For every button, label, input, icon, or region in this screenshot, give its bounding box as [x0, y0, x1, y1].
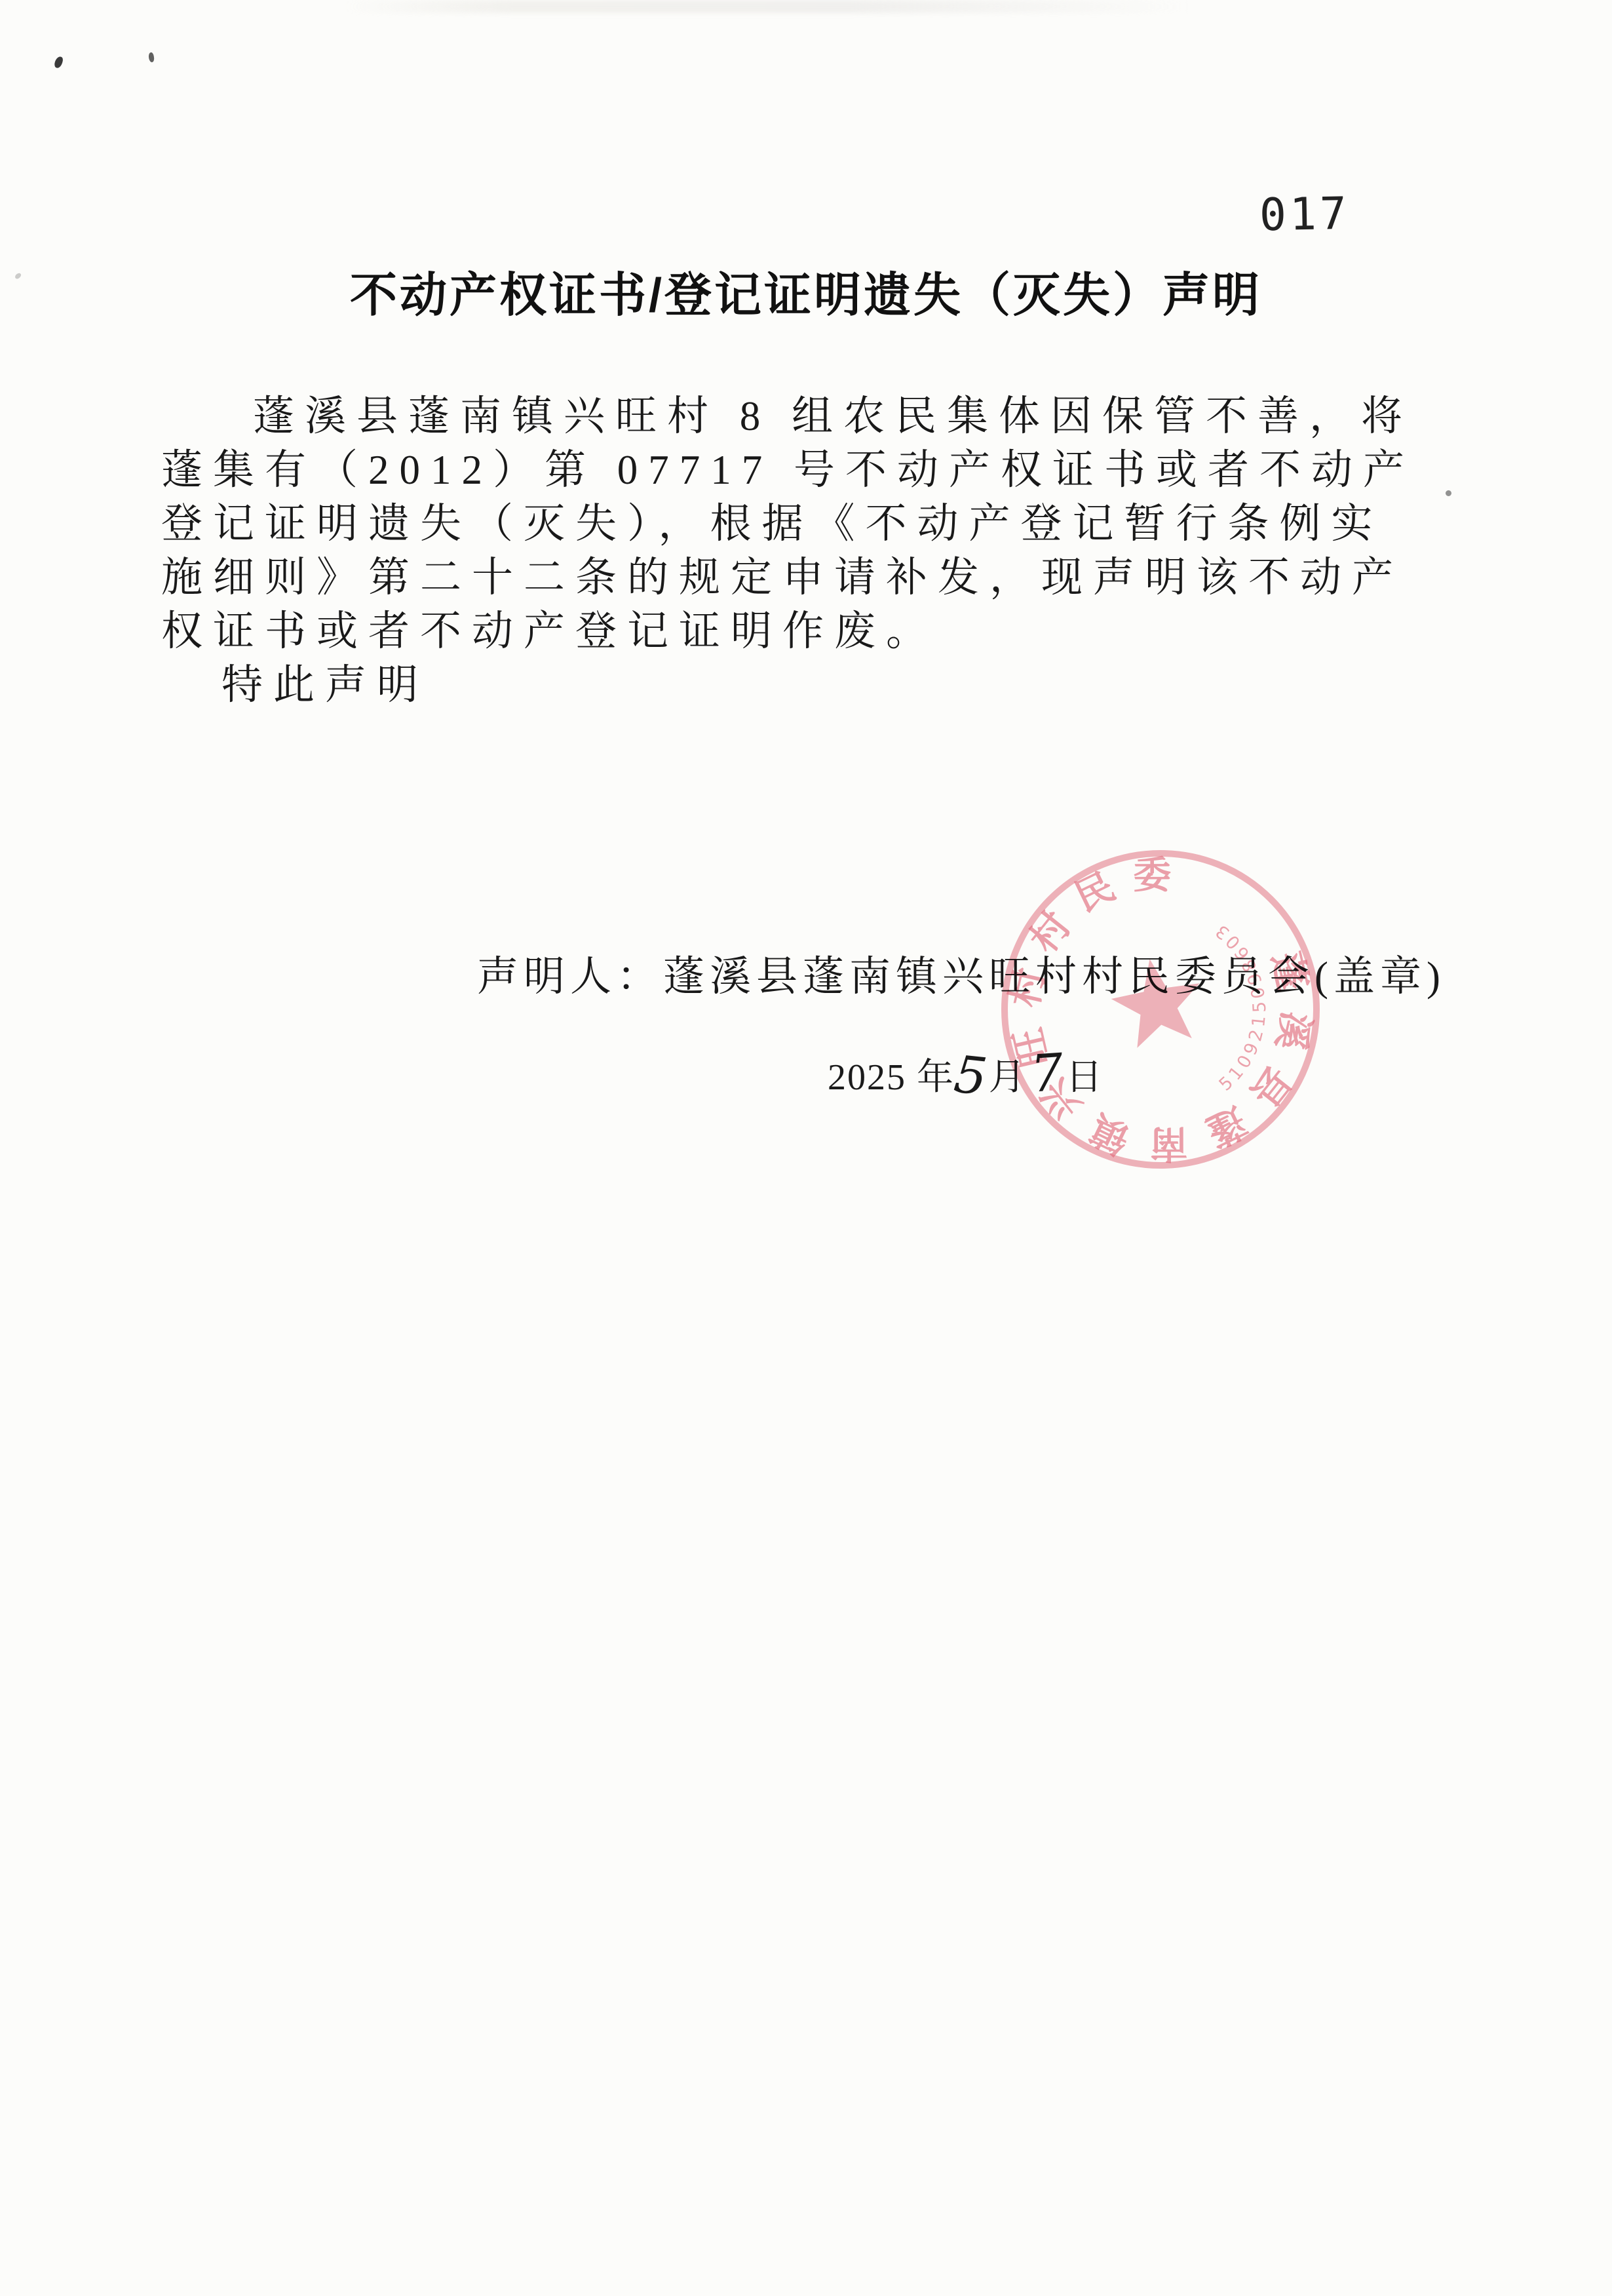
body-line: 蓬溪县蓬南镇兴旺村 8 组农民集体因保管不善，将	[161, 389, 1426, 443]
scan-speck	[53, 56, 64, 69]
scan-speck	[148, 52, 155, 62]
official-red-seal: 蓬溪县蓬南镇兴旺村村民委员会 5109215098603	[997, 846, 1324, 1173]
scanned-declaration-document: 017 不动产权证书/登记证明遗失（灭失）声明 蓬溪县蓬南镇兴旺村 8 组农民集…	[0, 0, 1612, 2296]
scan-speck	[1446, 490, 1451, 496]
seal-star-icon	[1111, 959, 1200, 1048]
handwritten-month-value: 5	[952, 1055, 990, 1097]
document-title: 不动产权证书/登记证明遗失（灭失）声明	[0, 257, 1612, 325]
sheet-number-stamp: 017	[1259, 188, 1350, 241]
body-line: 蓬集有（2012）第 07717 号不动产权证书或者不动产	[161, 443, 1426, 497]
seal-graphic: 蓬溪县蓬南镇兴旺村村民委员会 5109215098603	[997, 846, 1324, 1173]
body-line: 施细则》第二十二条的规定申请补发，现声明该不动产	[161, 551, 1426, 604]
scan-smudge	[341, 0, 1193, 13]
closing-phrase: 特此声明	[161, 658, 1426, 712]
declaration-body: 蓬溪县蓬南镇兴旺村 8 组农民集体因保管不善，将 蓬集有（2012）第 0771…	[161, 389, 1426, 712]
date-year: 2025 年	[828, 1057, 955, 1098]
body-line: 登记证明遗失（灭失），根据《不动产登记暂行条例实	[161, 497, 1426, 551]
body-line: 权证书或者不动产登记证明作废。	[161, 604, 1426, 658]
